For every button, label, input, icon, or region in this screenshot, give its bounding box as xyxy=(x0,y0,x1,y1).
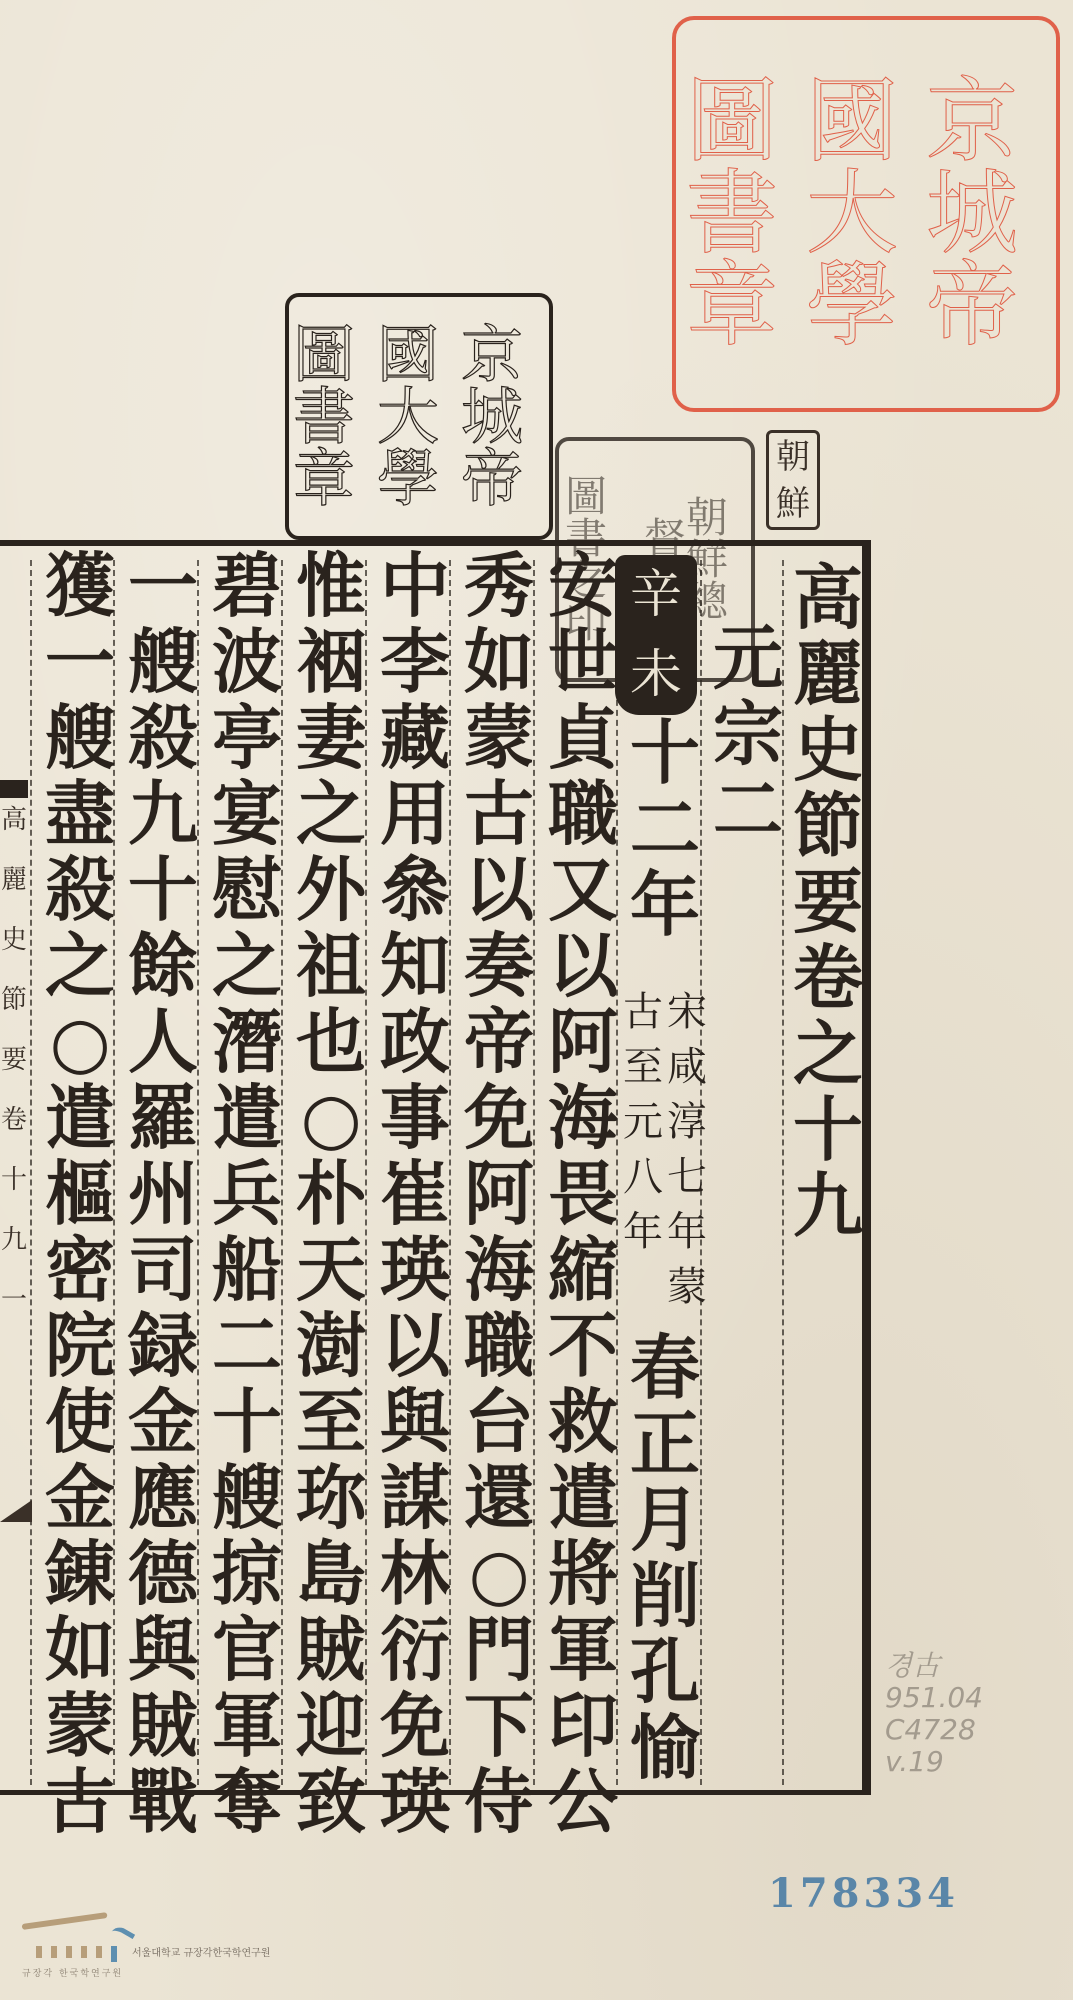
glyph: 孔 xyxy=(630,1634,700,1710)
cartouche-text: 未 xyxy=(630,649,682,701)
glyph: 羅 xyxy=(128,1080,198,1156)
institution-name: 서울대학교 규장각한국학연구원 xyxy=(132,1944,270,1959)
glyph: 卷 xyxy=(1,1090,27,1150)
glyph: 之 xyxy=(212,928,282,1004)
glyph: 宗 xyxy=(713,696,783,772)
glyph: 遣 xyxy=(45,1080,115,1156)
glyph: 阿 xyxy=(548,1004,618,1080)
glyph: 要 xyxy=(1,1030,27,1090)
glyph: 二 xyxy=(212,1308,282,1384)
glyph: 一 xyxy=(128,548,198,624)
glyph: 天 xyxy=(296,1232,366,1308)
glyph: 門 xyxy=(464,1612,534,1688)
glyph: 九 xyxy=(128,776,198,852)
glyph: 十 xyxy=(128,852,198,928)
glyph: 十 xyxy=(212,1384,282,1460)
glyph: 要 xyxy=(793,864,863,940)
glyph: ○ xyxy=(468,1536,529,1612)
glyph: 餘 xyxy=(128,928,198,1004)
entry-text: 春正月削孔愉 xyxy=(617,1330,713,1790)
glyph: 之 xyxy=(45,928,115,1004)
glyph: 用 xyxy=(380,776,450,852)
glyph: 淳 xyxy=(667,1095,707,1150)
glyph: 中 xyxy=(380,548,450,624)
cartouche-text: 辛 xyxy=(630,569,682,621)
glyph: 軍 xyxy=(212,1688,282,1764)
glyph: 古 xyxy=(45,1764,115,1840)
glyph: ○ xyxy=(300,1080,361,1156)
glyph: 叅 xyxy=(380,852,450,928)
seal-column: 國大學 xyxy=(806,36,926,392)
call-number-line: v.19 xyxy=(885,1746,983,1778)
glyph: 春 xyxy=(630,1330,700,1406)
glyph: 十 xyxy=(630,715,700,791)
glyph: 官 xyxy=(212,1612,282,1688)
glyph: 錬 xyxy=(45,1536,115,1612)
glyph: 艘 xyxy=(212,1460,282,1536)
seal-text: 國大學 xyxy=(377,324,461,510)
glyph: 藏 xyxy=(380,700,450,776)
glyph: 事 xyxy=(380,1080,450,1156)
glyph: 一 xyxy=(1,1270,27,1330)
seal-column: 圖書章 xyxy=(293,303,377,530)
glyph: 宴 xyxy=(212,776,282,852)
margin-label: 高麗史節要卷十九一 xyxy=(0,790,28,1550)
glyph: 衍 xyxy=(380,1612,450,1688)
glyph: 使 xyxy=(45,1384,115,1460)
glyph: 金 xyxy=(45,1460,115,1536)
seal-column: 國大學 xyxy=(377,303,461,530)
glyph: 録 xyxy=(128,1308,198,1384)
glyph: 削 xyxy=(630,1558,700,1634)
glyph: 與 xyxy=(128,1612,198,1688)
glyph: 元 xyxy=(713,620,783,696)
glyph: 院 xyxy=(45,1308,115,1384)
glyph: 遣 xyxy=(212,1080,282,1156)
glyph: 節 xyxy=(793,788,863,864)
glyph: 救 xyxy=(548,1384,618,1460)
glyph: 瑛 xyxy=(380,1764,450,1840)
glyph: 遣 xyxy=(548,1460,618,1536)
glyph: 崔 xyxy=(380,1156,450,1232)
glyph: 古 xyxy=(464,776,534,852)
glyph: 殺 xyxy=(128,700,198,776)
glyph: 年 xyxy=(630,867,700,943)
glyph: 蒙 xyxy=(464,700,534,776)
glyph: 以 xyxy=(464,852,534,928)
glyph: 之 xyxy=(793,1016,863,1092)
glyph: 也 xyxy=(296,1004,366,1080)
glyph: 妻 xyxy=(296,700,366,776)
glyph: 奏 xyxy=(464,928,534,1004)
glyph: 免 xyxy=(464,1080,534,1156)
glyph: 德 xyxy=(128,1536,198,1612)
glyph: 世 xyxy=(548,624,618,700)
glyph: 二 xyxy=(713,772,783,848)
glyph: 七 xyxy=(667,1150,707,1205)
glyph: 高 xyxy=(793,560,863,636)
glyph: 如 xyxy=(464,624,534,700)
seal-column: 京城帝 xyxy=(461,303,545,530)
glyph: 之 xyxy=(296,776,366,852)
call-number-line: 경古 xyxy=(885,1650,983,1682)
glyph: 蒙 xyxy=(45,1688,115,1764)
glyph: 艘 xyxy=(128,624,198,700)
seal-text: 京城帝 xyxy=(926,76,1046,352)
glyph: 一 xyxy=(45,624,115,700)
glyph: 蒙 xyxy=(667,1260,707,1315)
glyph: 免 xyxy=(380,1688,450,1764)
seal-text: 圖書章 xyxy=(293,324,377,510)
seal-text: 圖書章 xyxy=(686,76,806,352)
glyph: 不 xyxy=(548,1308,618,1384)
glyph: 職 xyxy=(548,776,618,852)
glyph: 祖 xyxy=(296,928,366,1004)
small-seal: 朝 鮮 xyxy=(766,430,820,530)
glyph: 又 xyxy=(548,852,618,928)
glyph: 帝 xyxy=(464,1004,534,1080)
glyph: 貞 xyxy=(548,700,618,776)
glyph: 李 xyxy=(380,624,450,700)
glyph: 二 xyxy=(630,791,700,867)
seal-text: 鮮 xyxy=(776,487,810,521)
glyph: 高 xyxy=(1,790,27,850)
glyph: 月 xyxy=(630,1482,700,1558)
seal-column: 圖書章 xyxy=(686,36,806,392)
text-column: 安世貞職又以阿海畏縮不救遣將軍印公 xyxy=(535,548,631,1788)
glyph: 咸 xyxy=(667,1040,707,1095)
text-column: 獲一艘盡殺之○遣樞密院使金錬如蒙古 xyxy=(32,548,128,1788)
glyph: 正 xyxy=(630,1406,700,1482)
red-library-seal: 京城帝 國大學 圖書章 xyxy=(672,16,1060,412)
glyph: 節 xyxy=(1,970,27,1030)
black-library-seal: 京城帝 國大學 圖書章 xyxy=(285,293,553,540)
glyph: 謀 xyxy=(380,1460,450,1536)
glyph: 奪 xyxy=(212,1764,282,1840)
glyph: 麗 xyxy=(1,850,27,910)
seal-text: 京城帝 xyxy=(461,324,545,510)
glyph: 戰 xyxy=(128,1764,198,1840)
glyph: 林 xyxy=(380,1536,450,1612)
text-column: 一艘殺九十餘人羅州司録金應德與賊戰 xyxy=(115,548,211,1788)
glyph: 與 xyxy=(380,1384,450,1460)
glyph: 下 xyxy=(464,1688,534,1764)
glyph: 迎 xyxy=(296,1688,366,1764)
call-number-line: 951.04 xyxy=(885,1682,983,1714)
glyph: 九 xyxy=(793,1168,863,1244)
glyph: 惟 xyxy=(296,548,366,624)
glyph: 島 xyxy=(296,1536,366,1612)
footer: 규장각 한국학연구원 서울대학교 규장각한국학연구원 xyxy=(10,1920,270,1980)
glyph: 如 xyxy=(45,1612,115,1688)
glyph: 十 xyxy=(793,1092,863,1168)
glyph: 碧 xyxy=(212,548,282,624)
annotation-right: 宋咸淳七年蒙 xyxy=(667,985,707,1315)
glyph: 潛 xyxy=(212,1004,282,1080)
glyph: 瑛 xyxy=(380,1232,450,1308)
glyph: 印 xyxy=(548,1688,618,1764)
glyph: 侍 xyxy=(464,1764,534,1840)
glyph: 海 xyxy=(464,1232,534,1308)
glyph: 職 xyxy=(464,1308,534,1384)
kyujanggak-logo: 규장각 한국학연구원 xyxy=(10,1920,120,1980)
text-column: 惟裀妻之外祖也○朴天澍至珎島賊迎致 xyxy=(283,548,379,1788)
glyph: 澍 xyxy=(296,1308,366,1384)
seal-column: 京城帝 xyxy=(926,36,1046,392)
glyph: 裀 xyxy=(296,624,366,700)
interlinear-annotation: 宋咸淳七年蒙 古至元八年 xyxy=(617,985,713,1315)
glyph: 將 xyxy=(548,1536,618,1612)
glyph: 至 xyxy=(296,1384,366,1460)
glyph: 秀 xyxy=(464,548,534,624)
glyph: 安 xyxy=(548,548,618,624)
glyph: 金 xyxy=(128,1384,198,1460)
glyph: ○ xyxy=(49,1004,110,1080)
glyph: 史 xyxy=(1,910,27,970)
pillars-icon xyxy=(36,1946,117,1962)
year-heading: 十二年 xyxy=(617,715,713,955)
glyph: 以 xyxy=(548,928,618,1004)
text-column: 秀如蒙古以奏帝免阿海職台還○門下侍 xyxy=(451,548,547,1788)
glyph: 亭 xyxy=(212,700,282,776)
glyph: 州 xyxy=(128,1156,198,1232)
glyph: 兵 xyxy=(212,1156,282,1232)
call-number-line: C4728 xyxy=(885,1714,983,1746)
glyph: 台 xyxy=(464,1384,534,1460)
glyph: 麗 xyxy=(793,636,863,712)
glyph: 船 xyxy=(212,1232,282,1308)
glyph: 朴 xyxy=(296,1156,366,1232)
glyph: 珎 xyxy=(296,1460,366,1536)
glyph: 阿 xyxy=(464,1156,534,1232)
glyph: 賊 xyxy=(296,1612,366,1688)
glyph: 海 xyxy=(548,1080,618,1156)
glyph: 盡 xyxy=(45,776,115,852)
glyph: 九 xyxy=(1,1210,27,1270)
glyph: 愉 xyxy=(630,1710,700,1786)
text-column: 碧波亭宴慰之潛遣兵船二十艘掠官軍奪 xyxy=(199,548,295,1788)
glyph: 致 xyxy=(296,1764,366,1840)
glyph: 縮 xyxy=(548,1232,618,1308)
glyph: 以 xyxy=(380,1308,450,1384)
glyph: 畏 xyxy=(548,1156,618,1232)
glyph: 艘 xyxy=(45,700,115,776)
glyph: 掠 xyxy=(212,1536,282,1612)
glyph: 知 xyxy=(380,928,450,1004)
glyph: 軍 xyxy=(548,1612,618,1688)
glyph: 公 xyxy=(548,1764,618,1840)
seal-text: 朝 xyxy=(776,440,810,474)
glyph: 人 xyxy=(128,1004,198,1080)
glyph: 年 xyxy=(667,1205,707,1260)
glyph: 樞 xyxy=(45,1156,115,1232)
seal-text: 國大學 xyxy=(806,76,926,352)
glyph: 波 xyxy=(212,624,282,700)
glyph: 卷 xyxy=(793,940,863,1016)
glyph: 密 xyxy=(45,1232,115,1308)
glyph: 司 xyxy=(128,1232,198,1308)
glyph: 外 xyxy=(296,852,366,928)
glyph: 宋 xyxy=(667,985,707,1040)
pencil-call-number: 경古 951.04 C4728 v.19 xyxy=(885,1650,983,1778)
accession-number: 178334 xyxy=(768,1870,959,1917)
glyph: 政 xyxy=(380,1004,450,1080)
text-column: 中李藏用叅知政事崔瑛以與謀林衍免瑛 xyxy=(367,548,463,1788)
glyph: 還 xyxy=(464,1460,534,1536)
logo-label: 규장각 한국학연구원 xyxy=(22,1966,123,1979)
glyph: 十 xyxy=(1,1150,27,1210)
glyph: 慰 xyxy=(212,852,282,928)
glyph: 殺 xyxy=(45,852,115,928)
glyph: 獲 xyxy=(45,548,115,624)
glyph: 賊 xyxy=(128,1688,198,1764)
glyph: 史 xyxy=(793,712,863,788)
reign-column: 元宗二 xyxy=(700,620,796,1860)
glyph: 應 xyxy=(128,1460,198,1536)
